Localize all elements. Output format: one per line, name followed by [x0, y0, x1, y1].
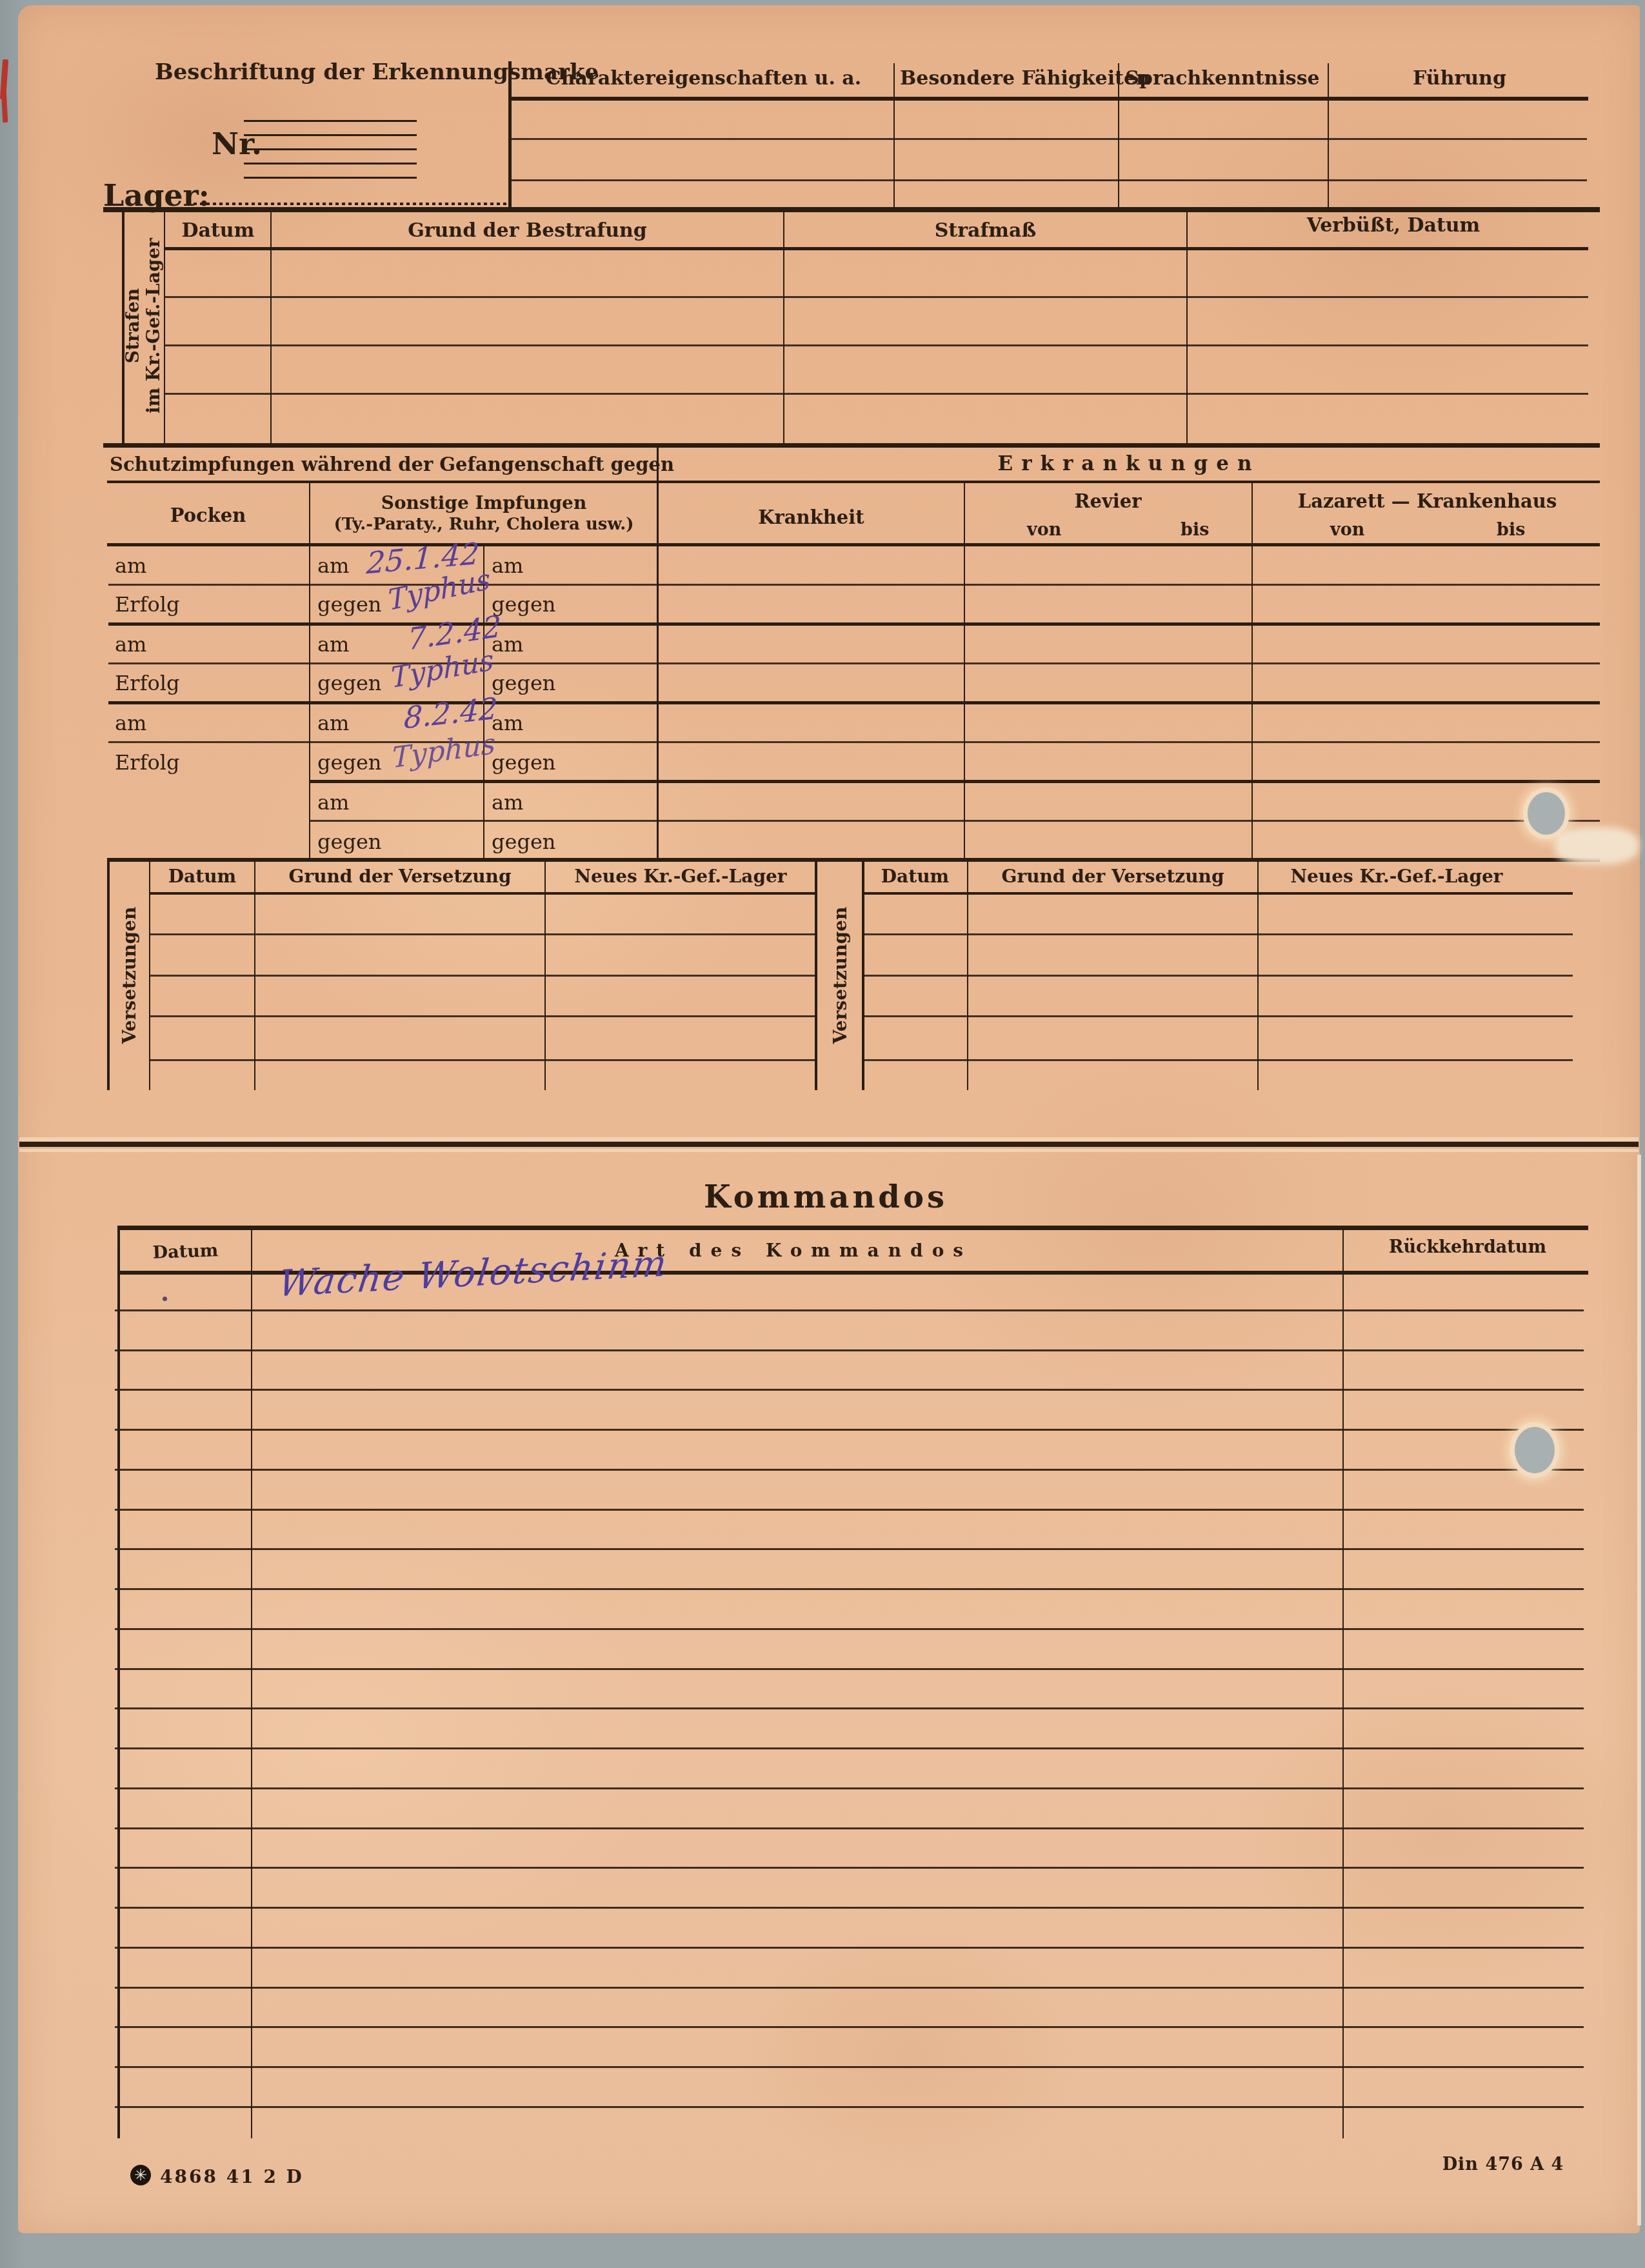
row-label: Erfolg	[115, 750, 179, 775]
rule	[1328, 63, 1329, 208]
row-label: am	[115, 553, 146, 578]
strafen-header-strafmass: Strafmaß	[787, 219, 1184, 242]
rule	[893, 63, 895, 208]
versetzungen-l-header-lager: Neues Kr.-Gef.-Lager	[548, 866, 813, 887]
rule	[270, 208, 272, 445]
row-label: gegen	[317, 592, 381, 617]
impfungen-section-title: Schutzimpfungen während der Gefangenscha…	[110, 453, 655, 475]
versetzungen-l-header-grund: Grund der Versetzung	[258, 866, 542, 887]
strafen-header-datum: Datum	[166, 219, 270, 242]
rule	[1251, 482, 1253, 860]
row-label: gegen	[317, 671, 381, 695]
versetzungen-side-label-text: Versetzungen	[830, 907, 851, 1044]
row-label: am	[492, 553, 523, 578]
rule	[863, 1015, 1573, 1017]
lager-dotted-line	[194, 203, 506, 205]
rule	[510, 97, 1588, 101]
rule	[863, 975, 1573, 977]
versetzungen-side-label-left: Versetzungen	[117, 872, 141, 1079]
rule	[863, 1059, 1573, 1061]
col-header-revier: Revier	[968, 490, 1248, 512]
rule	[165, 296, 1588, 298]
rule	[783, 208, 784, 445]
traits-header-charakter: Charaktereigenschaften u. a.	[528, 67, 879, 90]
lazarett-von-label: von	[1330, 520, 1364, 540]
tag-number-ruled-lines	[244, 120, 417, 180]
row-label: gegen	[492, 830, 555, 854]
erkrankungen-section-title: Erkrankungen	[661, 452, 1597, 475]
card-fold-line	[19, 1142, 1639, 1147]
rule	[657, 448, 659, 860]
rule	[165, 344, 1588, 346]
traits-header-faehigkeiten: Besondere Fähigkeiten	[900, 67, 1113, 90]
fold-crease-highlight	[19, 1149, 1639, 1152]
id-block-title: Beschriftung der Erkennungsmarke	[155, 59, 464, 85]
traits-header-fuehrung: Führung	[1332, 67, 1587, 90]
rule	[108, 622, 1600, 626]
rule	[108, 584, 1600, 586]
printer-union-mark-glyph: ✳	[134, 2167, 147, 2183]
rule	[863, 933, 1573, 935]
rule	[310, 780, 1600, 783]
versetzungen-r-header-datum: Datum	[865, 866, 965, 887]
rule	[108, 741, 1600, 743]
rule	[511, 138, 1587, 140]
rule	[150, 933, 815, 935]
rule	[103, 207, 1600, 212]
row-label: gegen	[317, 750, 381, 775]
strafen-side-label: Strafen im Kr.-Gef.-Lager	[122, 210, 164, 442]
revier-von-label: von	[1027, 520, 1061, 540]
row-label: gegen	[492, 671, 555, 695]
strafen-header-verbuesst: Verbüßt, Datum	[1190, 214, 1597, 237]
rule	[107, 860, 110, 1090]
row-label: gegen	[492, 750, 555, 775]
strafen-side-label-line2: im Kr.-Gef.-Lager	[143, 238, 164, 413]
scanned-pow-record-card: Beschriftung der Erkennungsmarke Nr. Lag…	[0, 0, 1645, 2268]
versetzungen-r-header-grund: Grund der Versetzung	[971, 866, 1255, 887]
row-label: Erfolg	[115, 671, 179, 695]
row-label: Erfolg	[115, 592, 179, 617]
rule	[108, 662, 1600, 664]
torn-paper-patch	[1555, 827, 1639, 864]
lazarett-bis-label: bis	[1497, 520, 1525, 540]
rule	[108, 701, 1600, 704]
rule	[103, 443, 1600, 448]
rule	[863, 892, 1573, 895]
rule	[150, 975, 815, 977]
traits-header-sprachen: Sprachkenntnisse	[1122, 67, 1322, 90]
rule	[310, 820, 1600, 822]
rule	[150, 1059, 815, 1061]
rule	[1186, 208, 1188, 445]
col-header-krankheit: Krankheit	[661, 506, 961, 528]
versetzungen-side-label-middle: Versetzungen	[828, 872, 852, 1079]
rule	[165, 393, 1588, 395]
col-header-lazarett: Lazarett — Krankenhaus	[1258, 490, 1597, 512]
rule	[107, 543, 1600, 546]
row-label: am	[317, 553, 349, 578]
rule	[118, 1226, 1588, 1230]
fold-crease-highlight	[19, 1137, 1639, 1141]
versetzungen-r-header-lager: Neues Kr.-Gef.-Lager	[1261, 866, 1532, 887]
rule	[508, 61, 512, 208]
punch-hole	[1515, 1427, 1555, 1473]
rule	[107, 481, 1600, 483]
rule	[511, 179, 1587, 181]
revier-bis-label: bis	[1181, 520, 1209, 540]
row-label: am	[492, 790, 523, 815]
paper-edge-highlight	[1637, 1155, 1641, 2225]
row-label: am	[115, 711, 146, 735]
row-label: am	[317, 632, 349, 657]
print-code: 4868 41 2 D	[160, 2166, 304, 2187]
rule	[309, 482, 310, 860]
strafen-header-grund: Grund der Bestrafung	[274, 219, 781, 242]
col-header-sonstige-1: Sonstige Impfungen	[313, 492, 655, 513]
handwritten-ink-dot	[163, 1297, 167, 1301]
kommandos-row-rules	[115, 1309, 1584, 2109]
kommandos-title: Kommandos	[568, 1179, 1084, 1215]
row-label: gegen	[492, 592, 555, 617]
rule	[164, 247, 1588, 250]
versetzungen-l-header-datum: Datum	[152, 866, 252, 887]
red-edge-mark	[1, 90, 8, 123]
kommandos-header-rueckkehr: Rückkehrdatum	[1348, 1237, 1587, 1257]
row-label: gegen	[317, 830, 381, 854]
rule	[107, 858, 1600, 862]
kommandos-header-datum: Datum	[129, 1240, 243, 1264]
din-format-note: Din 476 A 4	[1435, 2154, 1571, 2174]
rule	[150, 1015, 815, 1017]
punch-hole	[1528, 792, 1565, 835]
printer-union-mark-icon: ✳	[130, 2165, 151, 2185]
col-header-pocken: Pocken	[110, 504, 306, 526]
rule	[964, 482, 965, 860]
versetzungen-side-label-text: Versetzungen	[119, 907, 140, 1044]
row-label: am	[115, 632, 146, 657]
row-label: am	[317, 711, 349, 735]
row-label: am	[317, 790, 349, 815]
rule	[150, 892, 815, 895]
col-header-sonstige-2: (Ty.-Paraty., Ruhr, Cholera usw.)	[313, 515, 655, 534]
strafen-side-label-line1: Strafen	[123, 288, 143, 363]
